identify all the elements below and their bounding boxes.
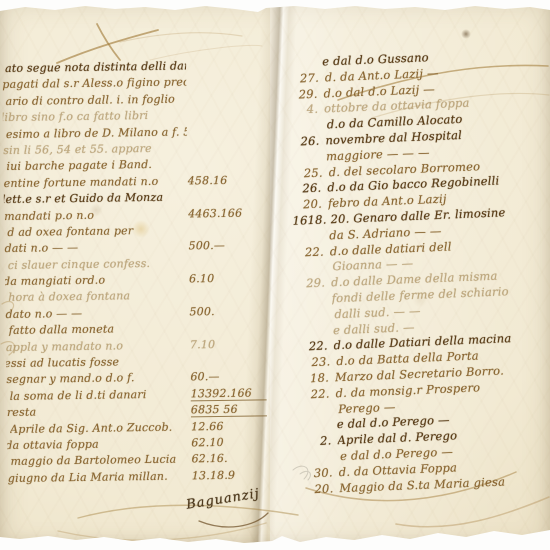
line-text: libro sino f.o ca fatto libri	[2, 109, 187, 125]
line-text: fatto dalla moneta	[9, 322, 190, 338]
line-amount	[189, 298, 265, 299]
line-date-number: 18.	[297, 370, 336, 386]
line-date-number: 29.	[293, 275, 332, 291]
line-text: Aprile da Sig. Ant.o Zuccob.	[10, 420, 191, 436]
line-amount: 12.66	[191, 419, 267, 433]
line-date-number: 27.	[287, 70, 326, 86]
line-amount	[187, 150, 263, 151]
line-date-number	[284, 65, 322, 67]
line-amount	[187, 118, 263, 119]
line-text: da mangiati ord.o	[3, 272, 189, 288]
line-amount	[190, 331, 266, 332]
line-text: lett.e s.r et Guido da Monza	[2, 191, 188, 207]
line-amount: 62.10	[191, 435, 267, 449]
line-date-number	[297, 318, 335, 320]
line-date-number: 22.	[295, 339, 334, 355]
line-text: la soma de li d.ti danari	[10, 387, 191, 403]
top-left-flourish-stroke	[57, 30, 158, 63]
manuscript-photo: ato segue nota distinta delli danari pag…	[0, 0, 550, 550]
line-amount: 500.	[189, 304, 265, 318]
line-date-number: 30.	[300, 465, 339, 481]
line-amount: 500.—	[188, 239, 264, 253]
line-text: entine fortune mandati n.o	[4, 174, 188, 190]
line-amount	[186, 68, 262, 69]
ledger-line: giugno da Lia Maria millan. 13.18.9	[8, 468, 268, 488]
line-date-number	[302, 460, 340, 462]
top-left-cross-stroke	[97, 24, 120, 60]
line-text: d ad oxea fontana per	[7, 223, 188, 239]
line-amount: 6835 56	[191, 403, 267, 418]
line-amount: 13392.166	[191, 386, 267, 401]
line-text: dati n.o — —	[5, 240, 189, 256]
line-date-number	[291, 239, 329, 241]
line-text: mandati p.o n.o	[4, 207, 188, 223]
line-text: segnar y mand.o d.o f.	[6, 371, 190, 387]
line-date-number: 22.	[292, 244, 331, 260]
line-amount	[190, 363, 266, 364]
line-text: esimo a libro de D. Milano a f. 50.	[6, 125, 187, 141]
bottom-left-swash	[58, 523, 266, 540]
line-date-number	[294, 302, 332, 304]
line-amount: 4463.166	[188, 206, 264, 220]
line-amount: 60.—	[190, 370, 266, 384]
line-amount	[188, 199, 264, 200]
line-text: resta	[7, 404, 191, 420]
line-date-number: 20.	[290, 197, 329, 213]
line-amount	[186, 85, 262, 86]
line-amount: 13.18.9	[192, 468, 268, 482]
line-amount: 6.10	[189, 271, 265, 285]
line-date-number: 20.	[301, 481, 340, 497]
left-page: ato segue nota distinta delli danari pag…	[2, 58, 268, 492]
line-text: pagati dal s.r Aless.o figino prec.o	[2, 76, 186, 92]
line-date-number: 2.	[299, 433, 338, 449]
line-amount	[189, 265, 265, 266]
line-amount: 62.16.	[191, 452, 267, 466]
line-text: sin li 56, 54 et 55. appare	[3, 141, 187, 157]
line-text: ci slauer cinque confess.	[8, 256, 189, 272]
line-date-number: 29.	[285, 86, 324, 102]
line-date-number	[300, 413, 338, 415]
line-text: giugno da Lia Maria millan.	[8, 469, 192, 485]
line-text: iui barche pagate i Band.	[6, 158, 187, 174]
line-amount	[187, 101, 263, 102]
line-amount: 458.16	[188, 173, 264, 187]
bottom-right-swash	[396, 497, 549, 527]
signature: Baguanzij	[185, 486, 261, 512]
line-date-number: 23.	[298, 354, 337, 370]
line-text: appla y mandato n.o	[6, 338, 190, 354]
line-text: dato n.o — —	[5, 305, 189, 321]
manuscript-paper: ato segue nota distinta delli danari pag…	[0, 0, 550, 550]
line-amount	[187, 167, 263, 168]
top-left-faint-swash	[120, 33, 242, 42]
line-date-number: 22.	[297, 386, 336, 402]
line-text: ato segue nota distinta delli danari	[5, 59, 186, 75]
line-text: da ottavia foppa	[5, 436, 191, 452]
right-page: e dal d.o Gussano 27. d. da Ant.o Lazij …	[284, 45, 550, 503]
line-text: maggio da Bartolomeo Lucia	[10, 453, 191, 469]
line-date-number: 4.	[286, 102, 325, 118]
line-date-number: 26.	[289, 181, 328, 197]
line-text: hora à doxea fontana	[8, 289, 189, 305]
line-date-number	[289, 129, 327, 131]
line-date-number	[299, 429, 337, 431]
line-amount: 7.10	[190, 337, 266, 351]
line-date-number: 25.	[290, 165, 329, 181]
signature-flourish	[199, 513, 268, 527]
line-text: essi ad lucatis fosse	[4, 354, 190, 370]
line-date-number	[295, 334, 333, 336]
line-amount	[188, 232, 264, 233]
line-date-number: 26.	[287, 133, 326, 149]
line-text: ario di contro dall. i. in foglio	[5, 92, 186, 108]
line-date-number	[295, 271, 333, 273]
line-date-number: 1618.	[292, 212, 331, 228]
line-date-number	[288, 160, 326, 162]
line-amount	[187, 134, 263, 135]
